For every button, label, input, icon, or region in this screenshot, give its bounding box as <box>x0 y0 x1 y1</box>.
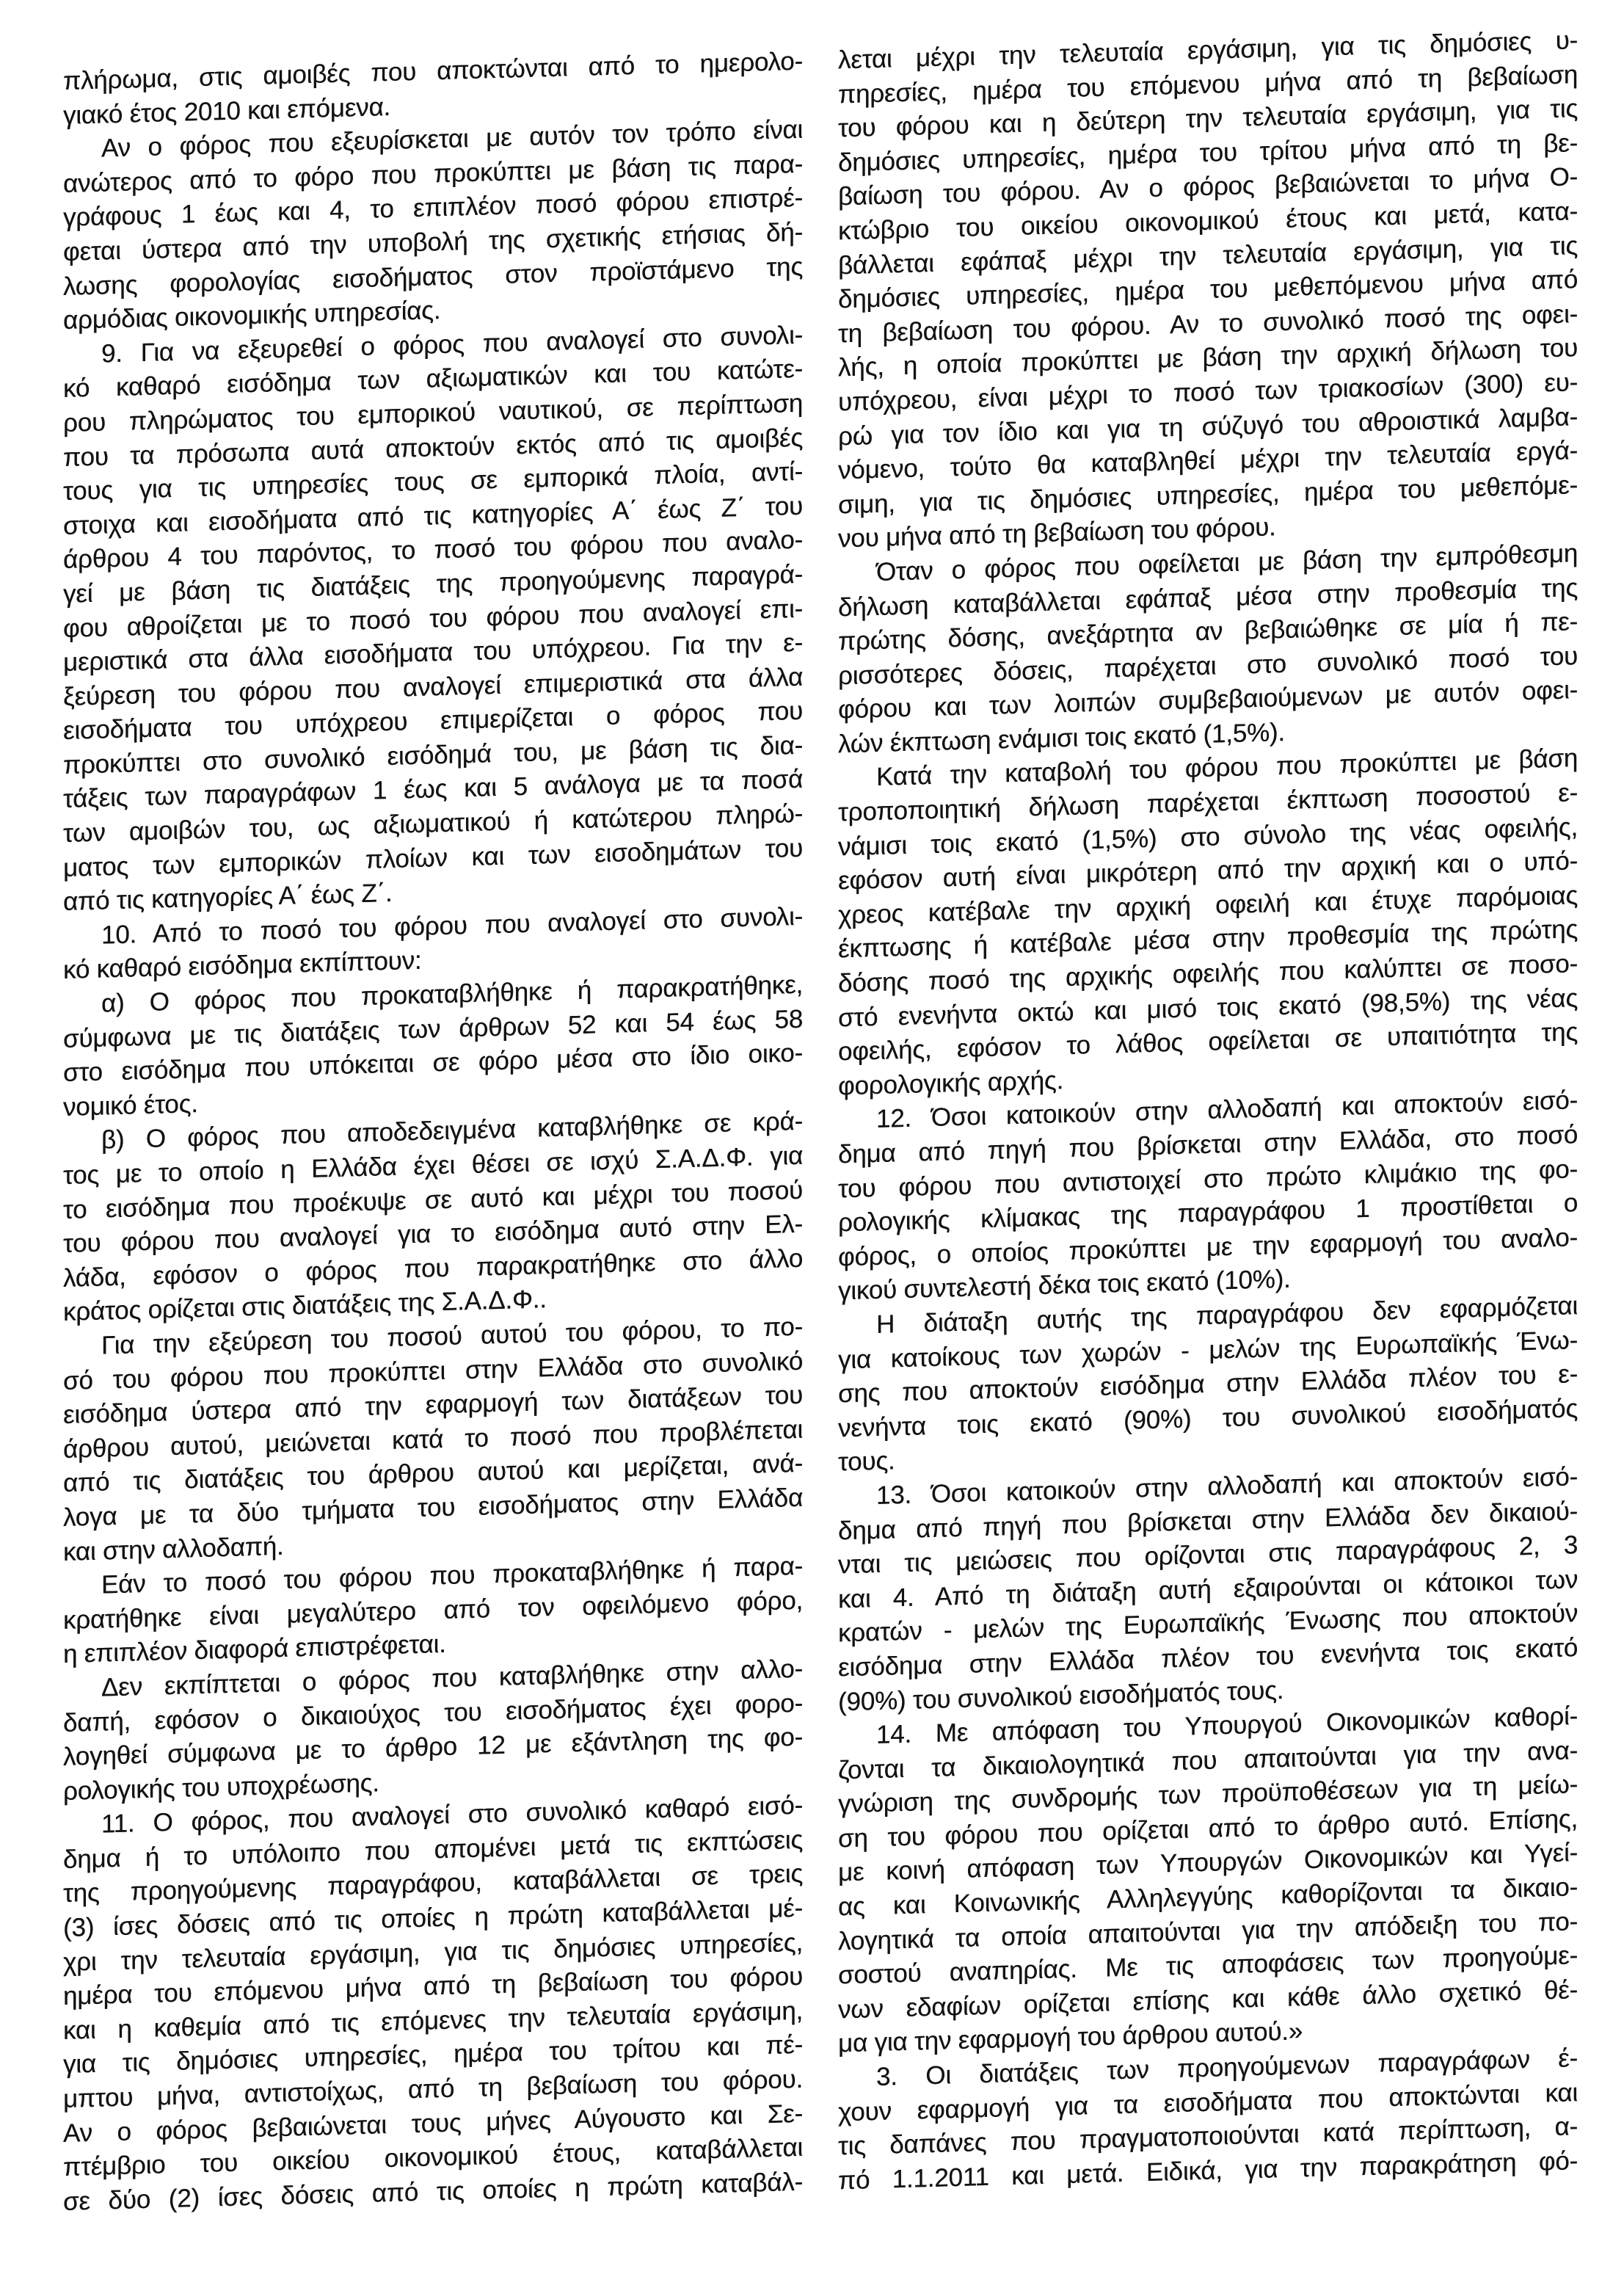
paragraph: Για την εξεύρεση του ποσού αυτού του φόρ… <box>63 1310 803 1569</box>
paragraph: 12. Όσοι κατοικούν στην αλλοδαπή και απο… <box>838 1084 1578 1310</box>
column-left: πλήρωμα, στις αμοιβές που αποκτώνται από… <box>63 45 803 2220</box>
paragraph: Αν ο φόρος που εξευρίσκεται με αυτόν τον… <box>63 113 803 338</box>
page-content: πλήρωμα, στις αμοιβές που αποκτώνται από… <box>63 23 1578 2219</box>
paragraph: Όταν ο φόρος που οφείλεται με βάση την ε… <box>838 537 1578 762</box>
paragraph: 9. Για να εξευρεθεί ο φόρος που αναλογεί… <box>63 318 803 919</box>
paragraph: Εάν το ποσό του φόρου που προκαταβλήθηκε… <box>63 1550 803 1672</box>
paragraph: Δεν εκπίπτεται ο φόρος που καταβλήθηκε σ… <box>63 1652 803 1809</box>
paragraph: 11. Ο φόρος, που αναλογεί στο συνολικό κ… <box>63 1789 803 2219</box>
column-right: λεται μέχρι την τελευταία εργάσιμη, για … <box>838 23 1578 2198</box>
paragraph: α) Ο φόρος που προκαταβλήθηκε ή παρακρατ… <box>63 968 803 1125</box>
paragraph: 14. Με απόφαση του Υπουργού Οικονομικών … <box>838 1699 1578 2061</box>
paragraph: λεται μέχρι την τελευταία εργάσιμη, για … <box>838 23 1578 556</box>
paragraph: β) Ο φόρος που αποδεδειγμένα καταβλήθηκε… <box>63 1105 803 1330</box>
paragraph: 3. Οι διατάξεις των προηγούμενων παραγρά… <box>838 2041 1578 2198</box>
paragraph: 13. Όσοι κατοικούν στην αλλοδαπή και απο… <box>838 1460 1578 1719</box>
paragraph: Η διάταξη αυτής της παραγράφου δεν εφαρμ… <box>838 1289 1578 1480</box>
paragraph: Κατά την καταβολή του φόρου που προκύπτε… <box>838 742 1578 1104</box>
document-page: πλήρωμα, στις αμοιβές που αποκτώνται από… <box>0 0 1624 2277</box>
